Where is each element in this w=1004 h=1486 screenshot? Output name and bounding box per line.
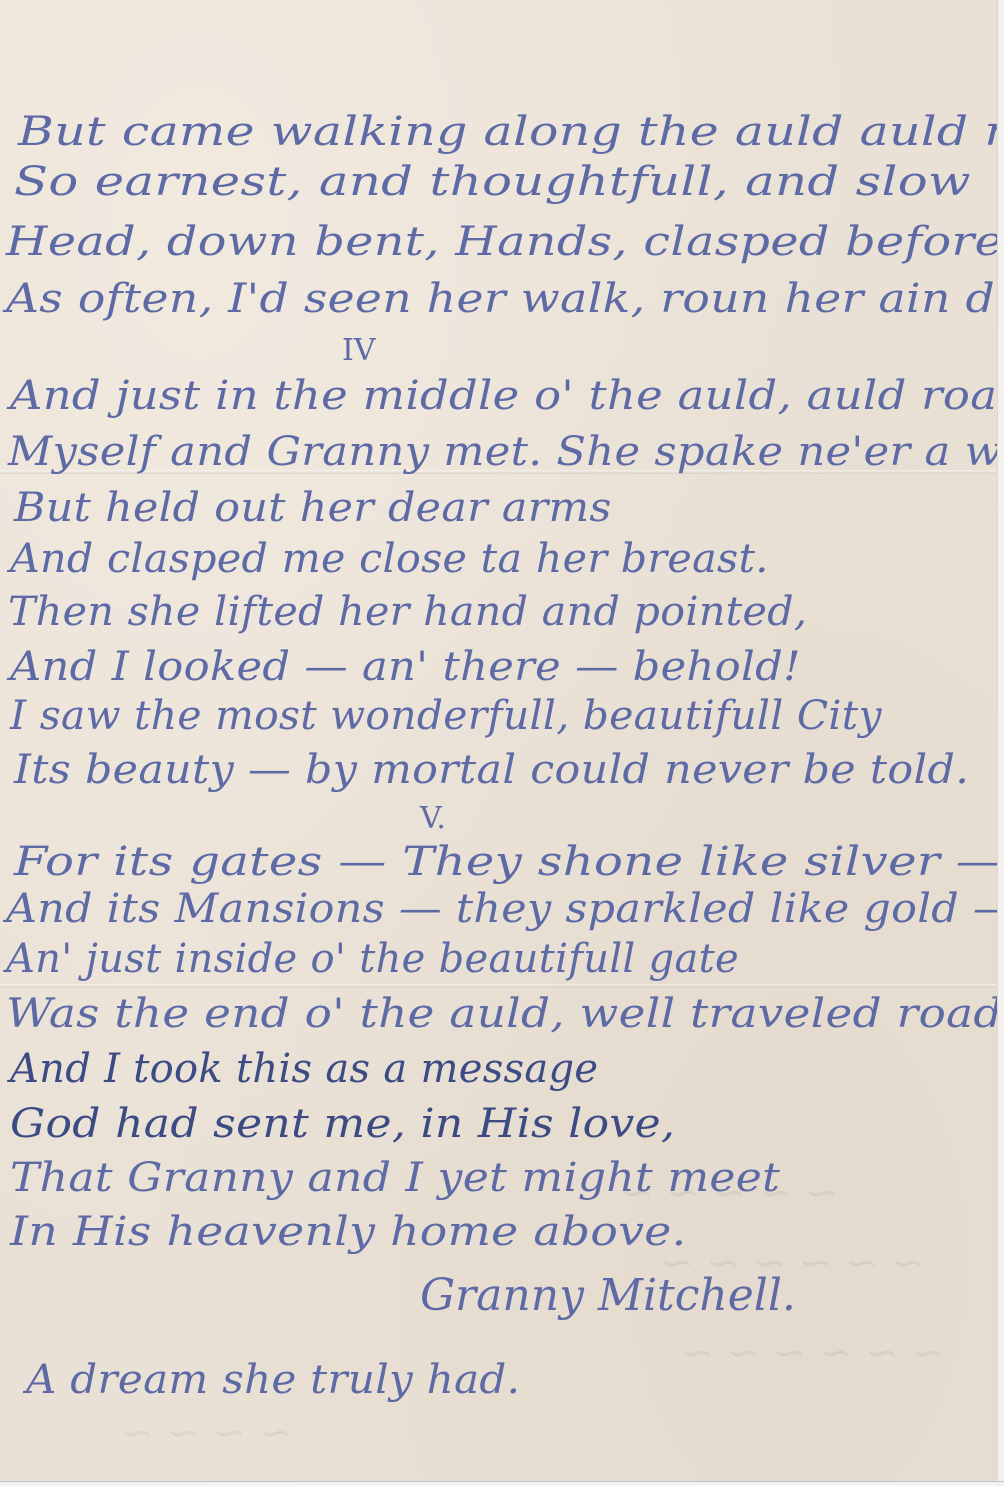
- poem-line: But held out her dear arms: [14, 484, 612, 532]
- paper-edge-bottom: [0, 1481, 1004, 1486]
- paper-edge-right: [997, 0, 1004, 1486]
- poem-line: Myself and Granny met. She spake ne'er a…: [8, 428, 997, 476]
- poem-line: Its beauty — by mortal could never be to…: [14, 746, 969, 794]
- poem-line: And its Mansions — they sparkled like go…: [6, 885, 997, 933]
- section-numeral: V.: [420, 804, 446, 834]
- poem-line: And I looked — an' there — behold!: [10, 643, 801, 691]
- poem-line: And clasped me close ta her breast.: [10, 535, 769, 583]
- poem-line: Was the end o' the auld, well traveled r…: [6, 990, 997, 1038]
- poem-line: God had sent me, in His love,: [10, 1100, 675, 1148]
- poem-line: For its gates — They shone like silver —: [14, 838, 997, 886]
- poem-line: Then she lifted her hand and pointed,: [8, 588, 807, 636]
- poem-line: In His heavenly home above.: [10, 1208, 686, 1256]
- poem-line: And just in the middle o' the auld, auld…: [10, 372, 997, 420]
- signature: Granny Mitchell.: [420, 1270, 796, 1322]
- poem-line: But came walking along the auld auld roa…: [18, 108, 997, 156]
- bleed-through-text: ~ ~ ~ ~ ~ ~: [680, 1330, 945, 1376]
- poem-line: That Granny and I yet might meet: [10, 1154, 780, 1202]
- section-numeral: IV: [342, 336, 376, 366]
- bleed-through-text: ~ ~ ~ ~: [120, 1410, 292, 1456]
- poem-line: An' just inside o' the beautifull gate: [6, 935, 739, 983]
- postscript: A dream she truly had.: [26, 1356, 520, 1404]
- poem-line: As often, I'd seen her walk, roun her ai…: [6, 275, 997, 323]
- poem-line: I saw the most wonderfull, beautifull Ci…: [10, 692, 882, 740]
- poem-line: So earnest, and thoughtfull, and slow: [14, 158, 971, 206]
- fold-crease: [0, 984, 997, 988]
- poem-line: Head, down bent, Hands, clasped before: [6, 218, 997, 266]
- poem-line: And I took this as a message: [10, 1045, 598, 1093]
- letter-page: ~ ~ ~ ~ ~ ~ ~ ~ ~ ~ ~ ~ ~ ~ ~ ~ ~ ~ ~ ~ …: [0, 0, 997, 1481]
